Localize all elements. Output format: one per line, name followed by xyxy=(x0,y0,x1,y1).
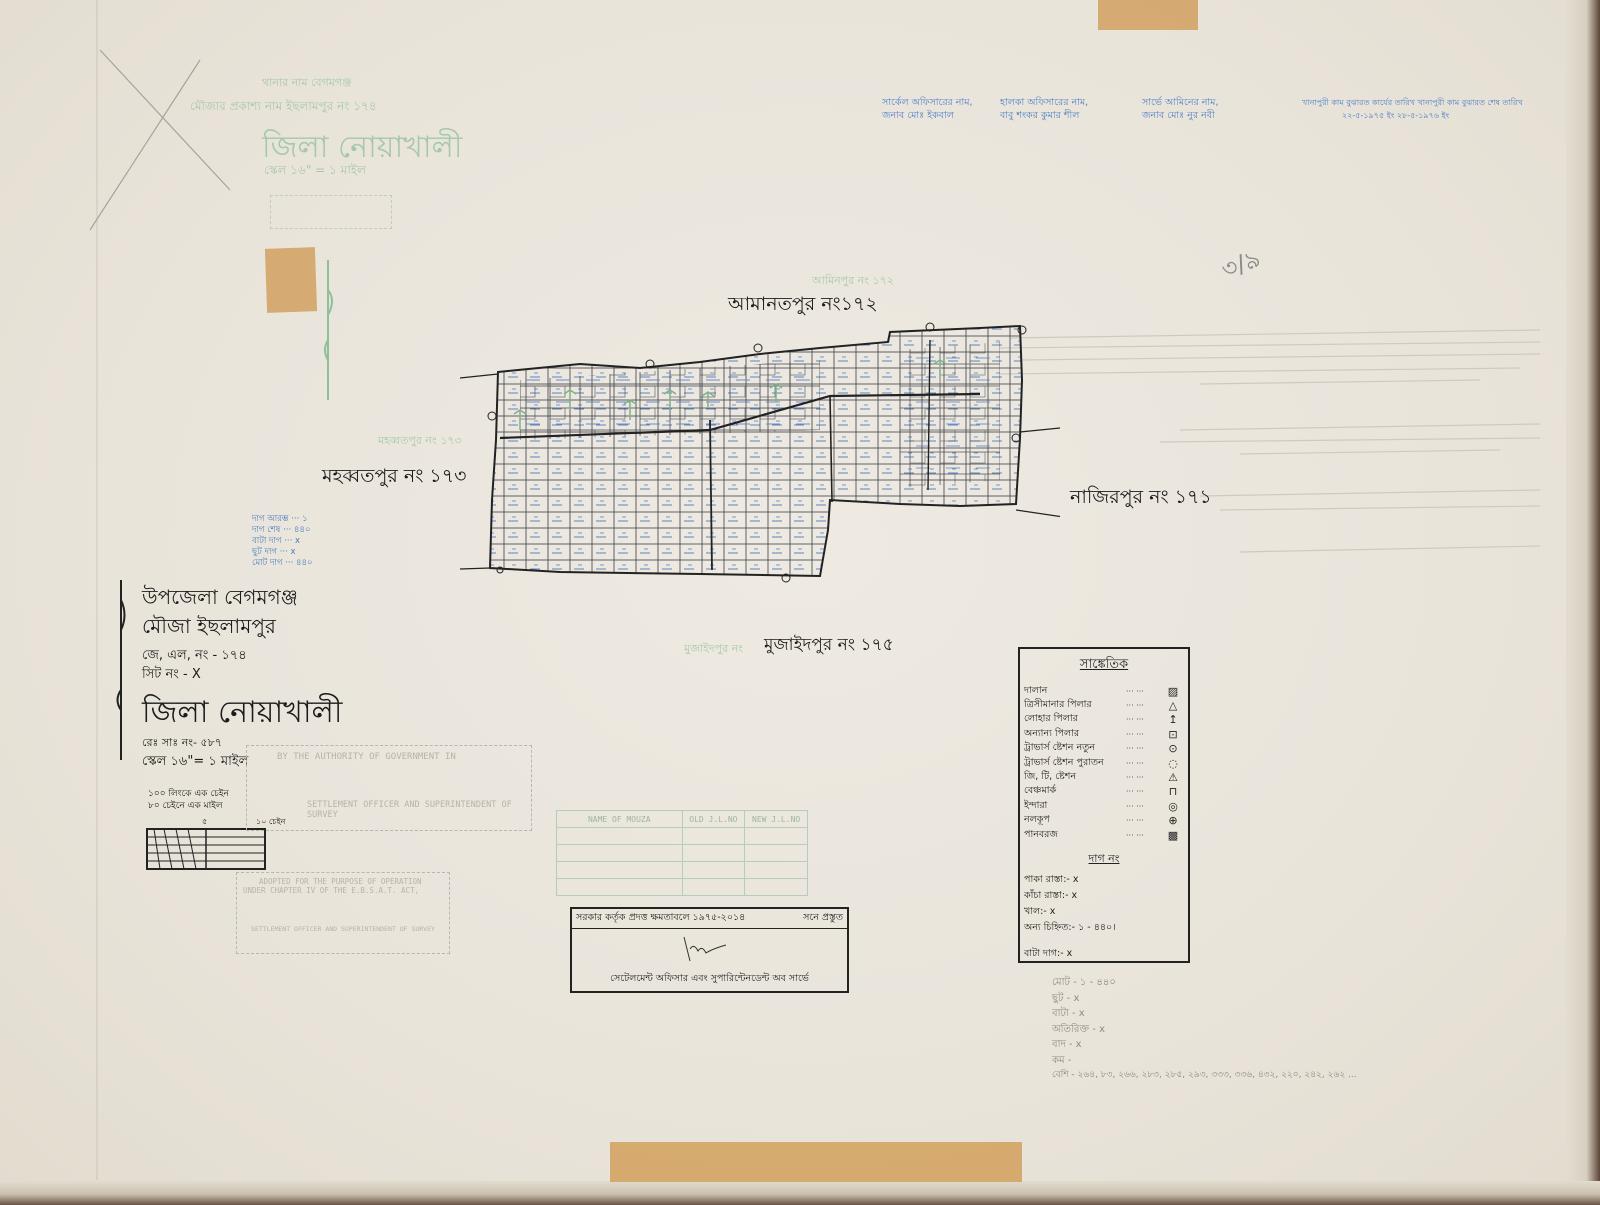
ghost-south-label: মুজাইদপুর নং xyxy=(684,640,743,659)
scale-bar xyxy=(146,828,266,872)
legend-item: নলকূপ··· ···⊕ xyxy=(1020,814,1188,828)
ghost-adopted-stamp: ADOPTED FOR THE PURPOSE OF OPERATION UND… xyxy=(236,872,450,954)
mouza-label: মৌজা ইছলামপুর xyxy=(142,612,276,645)
certificate-prepared: সনে প্রস্তুত xyxy=(803,911,843,926)
neighbor-east: নাজিরপুর নং ১৭১ xyxy=(1070,483,1212,515)
dag-title: দাগ নং xyxy=(1020,850,1188,869)
dag-summary: দাগ আরম্ভ ··· ১ দাগ শেষ ··· ৪৪০ বাটা দাগ… xyxy=(252,514,313,569)
dag-item: পাকা রাস্তা:- x xyxy=(1020,873,1188,889)
well-icon: ◎ xyxy=(1164,800,1182,813)
tape-left xyxy=(265,247,317,313)
certificate-officer: সেটেলমেন্ট অফিসার এবং সুপারিন্টেনডেন্ট অ… xyxy=(572,972,847,987)
legend-item: পানবরজ··· ···▩ xyxy=(1020,828,1188,842)
legend-item: লোহার পিলার··· ···↥ xyxy=(1020,713,1188,727)
ghost-mouza-table: NAME OF MOUZAOLD J.L.NONEW J.L.NO xyxy=(556,810,808,896)
pencil-notes: মোট - ১ - ৪৪০ ছুট - x বাটা - x অতিরিক্ত … xyxy=(1052,975,1357,1084)
gt-station-icon: ⚠ xyxy=(1164,771,1182,784)
sheet-edge-bottom xyxy=(0,1181,1600,1205)
ghost-west-label: মহব্বতপুর নং ১৭৩ xyxy=(378,432,462,451)
legend-item: ট্রাভার্স ষ্টেশন পুরাতন··· ···◌ xyxy=(1020,756,1188,770)
district-label: জিলা নোয়াখালী xyxy=(142,688,343,739)
dag-item: অন্য চিহ্নিত:- ১ - ৪৪০। xyxy=(1020,921,1188,937)
legend-item: বেঞ্চমার্ক··· ···⊓ xyxy=(1020,785,1188,799)
sheet-number: সিট নং - X xyxy=(142,665,201,686)
jl-number: জে, এল, নং - ১৭৪ xyxy=(142,646,247,667)
ghost-scale: স্কেল ১৬" = ১ মাইল xyxy=(264,162,366,182)
legend-box: সাঙ্কেতিক দালান··· ···▨ ত্রিসীমানার পিলা… xyxy=(1018,647,1190,963)
legend-item: অন্যান্য পিলার··· ···⊡ xyxy=(1020,727,1188,741)
ghost-mouza: মৌজার প্রকাশ্য নাম ইছলামপুর নং ১৭৪ xyxy=(190,98,377,118)
certificate-box: সরকার কর্তৃক প্রদত্ত ক্ষমতাবলে ১৯৭৫-২০১৪… xyxy=(570,907,849,993)
traverse-old-icon: ◌ xyxy=(1164,757,1182,770)
iron-pillar-icon: ↥ xyxy=(1164,713,1182,726)
pencil-corner-mark: ৩/৯ xyxy=(1216,240,1267,291)
legend-title: সাঙ্কেতিক xyxy=(1020,655,1188,676)
legend-item: ইন্দারা··· ···◎ xyxy=(1020,799,1188,813)
ghost-scale-box xyxy=(270,195,392,229)
neighbor-south: মুজাইদপুর নং ১৭৫ xyxy=(764,632,894,660)
legend-item: ত্রিসীমানার পিলার··· ···△ xyxy=(1020,698,1188,712)
tape-top xyxy=(1098,0,1198,30)
tubewell-icon: ⊕ xyxy=(1164,814,1182,827)
officer-circle: সার্কেল অফিসারের নাম, জনাব মোঃ ইকবাল xyxy=(882,96,973,122)
sheet-edge-right xyxy=(1566,0,1600,1205)
dag-item: কাঁচা রাস্তা:- x xyxy=(1020,889,1188,905)
other-pillar-icon: ⊡ xyxy=(1164,728,1182,741)
ghost-north-label: আমিনপুর নং ১৭২ xyxy=(812,272,894,291)
ghost-thana: থানার নাম বেগমগঞ্জ xyxy=(262,74,352,93)
legend-item: জি, টি, ষ্টেশন··· ···⚠ xyxy=(1020,770,1188,784)
building-icon: ▨ xyxy=(1164,685,1182,698)
legend-item: দালান··· ···▨ xyxy=(1020,684,1188,698)
map-sheet: থানার নাম বেগমগঞ্জ মৌজার প্রকাশ্য নাম ইছ… xyxy=(0,0,1600,1205)
benchmark-icon: ⊓ xyxy=(1164,785,1182,798)
pencil-cross-mark xyxy=(80,40,240,240)
tape-bottom xyxy=(610,1142,1022,1182)
dag-item: বাটা দাগ:- x xyxy=(1020,947,1188,963)
traverse-new-icon: ⊙ xyxy=(1164,742,1182,755)
officer-amin: সার্ভে আমিনের নাম, জনাব মোঃ নুর নবী xyxy=(1142,96,1218,122)
ghost-authority-stamp: BY THE AUTHORITY OF GOVERNMENT IN SETTLE… xyxy=(246,745,532,831)
tri-junction-pillar-icon: △ xyxy=(1164,699,1182,712)
officer-halka: হালকা অফিসারের নাম, বাবু শংকর কুমার শীল xyxy=(1000,96,1088,122)
title-block-bracket xyxy=(114,580,128,760)
chain-note-2: ৮০ চেইনে এক মাইল xyxy=(148,798,223,813)
mouza-plot-map xyxy=(460,320,1060,600)
khanapuri-dates: খানাপুরী কাম বুঝারত কার্যের তারিখ খানাপু… xyxy=(1302,96,1523,122)
scale-label: স্কেল ১৬"= ১ মাইল xyxy=(142,752,248,773)
green-margin-rule xyxy=(322,260,342,400)
rs-number: রেঃ সাঃ নং- ৫৮৭ xyxy=(142,734,222,753)
signature xyxy=(680,935,730,965)
certificate-authority: সরকার কর্তৃক প্রদত্ত ক্ষমতাবলে ১৯৭৫-২০১৪ xyxy=(576,911,745,926)
faint-ghost-text xyxy=(1000,320,1560,580)
dag-item: খাল:- x xyxy=(1020,905,1188,921)
neighbor-north: আমানতপুর নং১৭২ xyxy=(728,290,878,322)
neighbor-west: মহব্বতপুর নং ১৭৩ xyxy=(322,462,466,494)
legend-item: ট্রাভার্স ষ্টেশন নতুন··· ···⊙ xyxy=(1020,742,1188,756)
betel-garden-icon: ▩ xyxy=(1164,829,1182,842)
